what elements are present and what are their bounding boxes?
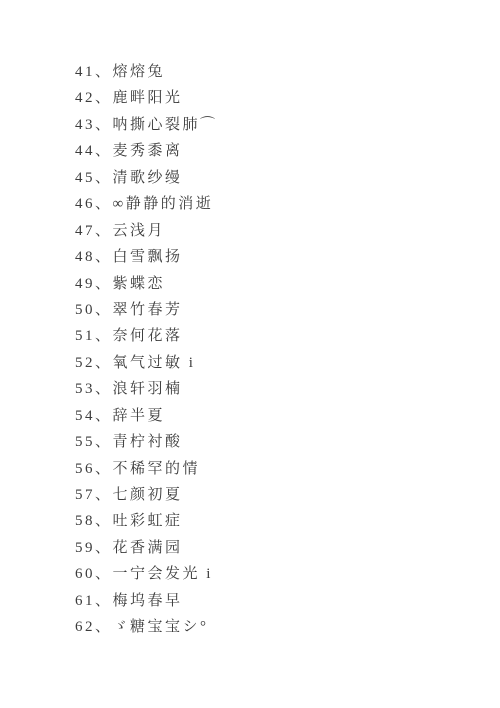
list-item: 52、氧气过敏 i: [75, 350, 218, 376]
list-item-number: 59、: [75, 535, 113, 561]
list-item-number: 50、: [75, 297, 113, 323]
list-item: 51、奈何花落: [75, 323, 218, 349]
list-item-name: 呐撕心裂肺⌒: [113, 112, 218, 138]
list-item: 49、紫蝶恋: [75, 271, 218, 297]
list-item-name: 白雪飘扬: [113, 244, 183, 270]
list-item-name: ∞静静的消逝: [113, 191, 214, 217]
list-item-number: 48、: [75, 244, 113, 270]
list-item: 44、麦秀黍离: [75, 138, 218, 164]
list-item-number: 53、: [75, 376, 113, 402]
name-list: 41、熔熔兔42、鹿畔阳光43、呐撕心裂肺⌒44、麦秀黍离45、清歌纱缦46、∞…: [75, 59, 218, 641]
list-item-name: 辞半夏: [113, 403, 166, 429]
list-item-number: 54、: [75, 403, 113, 429]
list-item-name: 青柠衬酸: [113, 429, 183, 455]
list-item-name: 氧气过敏 i: [113, 350, 196, 376]
list-item-name: 吐彩虹症: [113, 508, 183, 534]
list-item: 45、清歌纱缦: [75, 165, 218, 191]
list-item: 50、翠竹春芳: [75, 297, 218, 323]
list-item: 55、青柠衬酸: [75, 429, 218, 455]
list-item: 42、鹿畔阳光: [75, 85, 218, 111]
list-item-name: 花香满园: [113, 535, 183, 561]
list-item: 48、白雪飘扬: [75, 244, 218, 270]
list-item-name: 不稀罕的情: [113, 456, 201, 482]
list-item-name: ゞ糖宝宝シ°: [113, 614, 209, 640]
document-page: 41、熔熔兔42、鹿畔阳光43、呐撕心裂肺⌒44、麦秀黍离45、清歌纱缦46、∞…: [0, 0, 500, 708]
list-item-name: 七颜初夏: [113, 482, 183, 508]
list-item-number: 43、: [75, 112, 113, 138]
list-item-name: 梅坞春早: [113, 588, 183, 614]
list-item: 46、∞静静的消逝: [75, 191, 218, 217]
list-item: 61、梅坞春早: [75, 588, 218, 614]
list-item-number: 60、: [75, 561, 113, 587]
list-item-number: 51、: [75, 323, 113, 349]
list-item-number: 45、: [75, 165, 113, 191]
list-item-name: 云浅月: [113, 218, 166, 244]
list-item: 53、浪轩羽楠: [75, 376, 218, 402]
list-item: 59、花香满园: [75, 535, 218, 561]
list-item-name: 清歌纱缦: [113, 165, 183, 191]
list-item-number: 61、: [75, 588, 113, 614]
list-item-number: 57、: [75, 482, 113, 508]
list-item: 47、云浅月: [75, 218, 218, 244]
list-item-number: 58、: [75, 508, 113, 534]
list-item-name: 翠竹春芳: [113, 297, 183, 323]
list-item: 60、一宁会发光 i: [75, 561, 218, 587]
list-item-number: 44、: [75, 138, 113, 164]
list-item-name: 鹿畔阳光: [113, 85, 183, 111]
list-item-number: 55、: [75, 429, 113, 455]
list-item-number: 52、: [75, 350, 113, 376]
list-item-name: 一宁会发光 i: [113, 561, 213, 587]
list-item-name: 浪轩羽楠: [113, 376, 183, 402]
list-item-number: 56、: [75, 456, 113, 482]
list-item-name: 熔熔兔: [113, 59, 166, 85]
list-item-name: 紫蝶恋: [113, 271, 166, 297]
list-item-number: 42、: [75, 85, 113, 111]
list-item-number: 49、: [75, 271, 113, 297]
list-item-number: 46、: [75, 191, 113, 217]
list-item-number: 41、: [75, 59, 113, 85]
list-item: 54、辞半夏: [75, 403, 218, 429]
list-item: 41、熔熔兔: [75, 59, 218, 85]
list-item: 56、不稀罕的情: [75, 456, 218, 482]
list-item: 58、吐彩虹症: [75, 508, 218, 534]
list-item-number: 62、: [75, 614, 113, 640]
list-item-number: 47、: [75, 218, 113, 244]
list-item-name: 奈何花落: [113, 323, 183, 349]
list-item: 62、ゞ糖宝宝シ°: [75, 614, 218, 640]
list-item: 43、呐撕心裂肺⌒: [75, 112, 218, 138]
list-item-name: 麦秀黍离: [113, 138, 183, 164]
list-item: 57、七颜初夏: [75, 482, 218, 508]
